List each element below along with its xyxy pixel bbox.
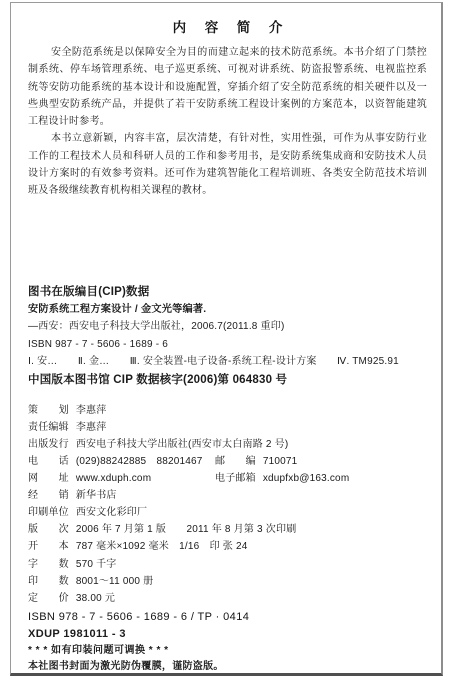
colophon-label: 字 数 <box>28 556 69 573</box>
colophon-col2-postcode: 邮 编710071 <box>215 453 297 470</box>
colophon-value: (029)88242885 88201467 <box>76 456 203 467</box>
colophon-value: 570 千字 <box>76 559 117 570</box>
footer-antipiracy-notice: 本社图书封面为激光防伪覆膜，谨防盗版。 <box>28 659 427 676</box>
footer-exchange-notice: * * * 如有印装问题可调换 * * * <box>28 643 427 659</box>
colophon-row-printer: 印刷单位西安文化彩印厂 <box>28 504 427 521</box>
colophon-value: 李惠萍 <box>76 422 107 433</box>
footer-section: ISBN 978 - 7 - 5606 - 1689 - 6 / TP · 04… <box>28 608 427 676</box>
colophon-label: 电子邮箱 <box>215 470 256 487</box>
colophon-row-wordcount: 字 数570 千字 <box>28 556 427 573</box>
colophon-section: 策 划李惠萍 责任编辑李惠萍 出版发行西安电子科技大学出版社(西安市太白南路 2… <box>28 402 427 607</box>
cip-publisher-line: —西安：西安电子科技大学出版社，2006.7(2011.8 重印) <box>28 318 427 336</box>
colophon-row-phone: 电 话(029)88242885 88201467 邮 编710071 <box>28 453 427 470</box>
colophon-label: 电 话 <box>28 453 69 470</box>
colophon-row-editor: 责任编辑李惠萍 <box>28 419 427 436</box>
colophon-value: 西安电子科技大学出版社(西安市太白南路 2 号) <box>76 439 289 450</box>
colophon-value: www.xduph.com <box>76 473 151 484</box>
intro-paragraph-1: 安全防范系统是以保障安全为目的而建立起来的技术防范系统。本书介绍了门禁控制系统、… <box>28 44 427 130</box>
footer-xdup-number: XDUP 1981011 - 3 <box>28 626 427 643</box>
colophon-value: 38.00 元 <box>76 593 115 604</box>
colophon-value: 西安文化彩印厂 <box>76 507 147 518</box>
footer-isbn: ISBN 978 - 7 - 5606 - 1689 - 6 / TP · 04… <box>28 608 427 626</box>
cip-classification-line: Ⅰ. 安… Ⅱ. 金… Ⅲ. 安全装置-电子设备-系统工程-设计方案 Ⅳ. TM… <box>28 353 427 371</box>
page-content: 内 容 简 介 安全防范系统是以保障安全为目的而建立起来的技术防范系统。本书介绍… <box>11 16 441 675</box>
colophon-label: 经 销 <box>28 487 69 504</box>
intro-paragraph-2: 本书立意新颖，内容丰富，层次清楚，有针对性，实用性强，可作为从事安防行业工作的工… <box>28 130 427 199</box>
colophon-label: 定 价 <box>28 590 69 607</box>
book-copyright-page: 内 容 简 介 安全防范系统是以保障安全为目的而建立起来的技术防范系统。本书介绍… <box>10 2 443 676</box>
colophon-value: 787 毫米×1092 毫米 1/16 印 张 24 <box>76 541 248 552</box>
colophon-row-planner: 策 划李惠萍 <box>28 402 427 419</box>
colophon-value: 新华书店 <box>76 490 117 501</box>
colophon-row-publisher: 出版发行西安电子科技大学出版社(西安市太白南路 2 号) <box>28 436 427 453</box>
cip-section: 图书在版编目(CIP)数据 安防系统工程方案设计 / 金文光等编著. —西安：西… <box>28 283 427 389</box>
cip-book-title: 安防系统工程方案设计 / 金文光等编著. <box>28 301 427 319</box>
colophon-value: 李惠萍 <box>76 405 107 416</box>
cip-heading: 图书在版编目(CIP)数据 <box>28 283 427 301</box>
colophon-row-price: 定 价38.00 元 <box>28 590 427 607</box>
colophon-row-format: 开 本787 毫米×1092 毫米 1/16 印 张 24 <box>28 538 427 555</box>
intro-title: 内 容 简 介 <box>28 16 427 36</box>
colophon-label: 版 次 <box>28 521 69 538</box>
colophon-label: 印 数 <box>28 573 69 590</box>
colophon-value: xdupfxb@163.com <box>263 473 350 484</box>
colophon-label: 邮 编 <box>215 453 256 470</box>
colophon-label: 策 划 <box>28 402 69 419</box>
colophon-label: 责任编辑 <box>28 419 69 436</box>
colophon-value: 8001～11 000 册 <box>76 576 153 587</box>
colophon-row-edition: 版 次2006 年 7 月第 1 版 2011 年 8 月第 3 次印刷 <box>28 521 427 538</box>
colophon-label: 网 址 <box>28 470 69 487</box>
colophon-value: 2006 年 7 月第 1 版 2011 年 8 月第 3 次印刷 <box>76 524 297 535</box>
colophon-row-distributor: 经 销新华书店 <box>28 487 427 504</box>
cip-record-number: 中国版本图书馆 CIP 数据核字(2006)第 064830 号 <box>28 371 427 389</box>
colophon-label: 印刷单位 <box>28 504 69 521</box>
cip-isbn-line: ISBN 987 - 7 - 5606 - 1689 - 6 <box>28 336 427 354</box>
colophon-label: 出版发行 <box>28 436 69 453</box>
colophon-value: 710071 <box>263 456 298 467</box>
colophon-label: 开 本 <box>28 538 69 555</box>
colophon-col2-email: 电子邮箱xdupfxb@163.com <box>215 470 349 487</box>
colophon-row-printrun: 印 数8001～11 000 册 <box>28 573 427 590</box>
intro-section: 内 容 简 介 安全防范系统是以保障安全为目的而建立起来的技术防范系统。本书介绍… <box>28 16 427 200</box>
colophon-row-website: 网 址www.xduph.com 电子邮箱xdupfxb@163.com <box>28 470 427 487</box>
